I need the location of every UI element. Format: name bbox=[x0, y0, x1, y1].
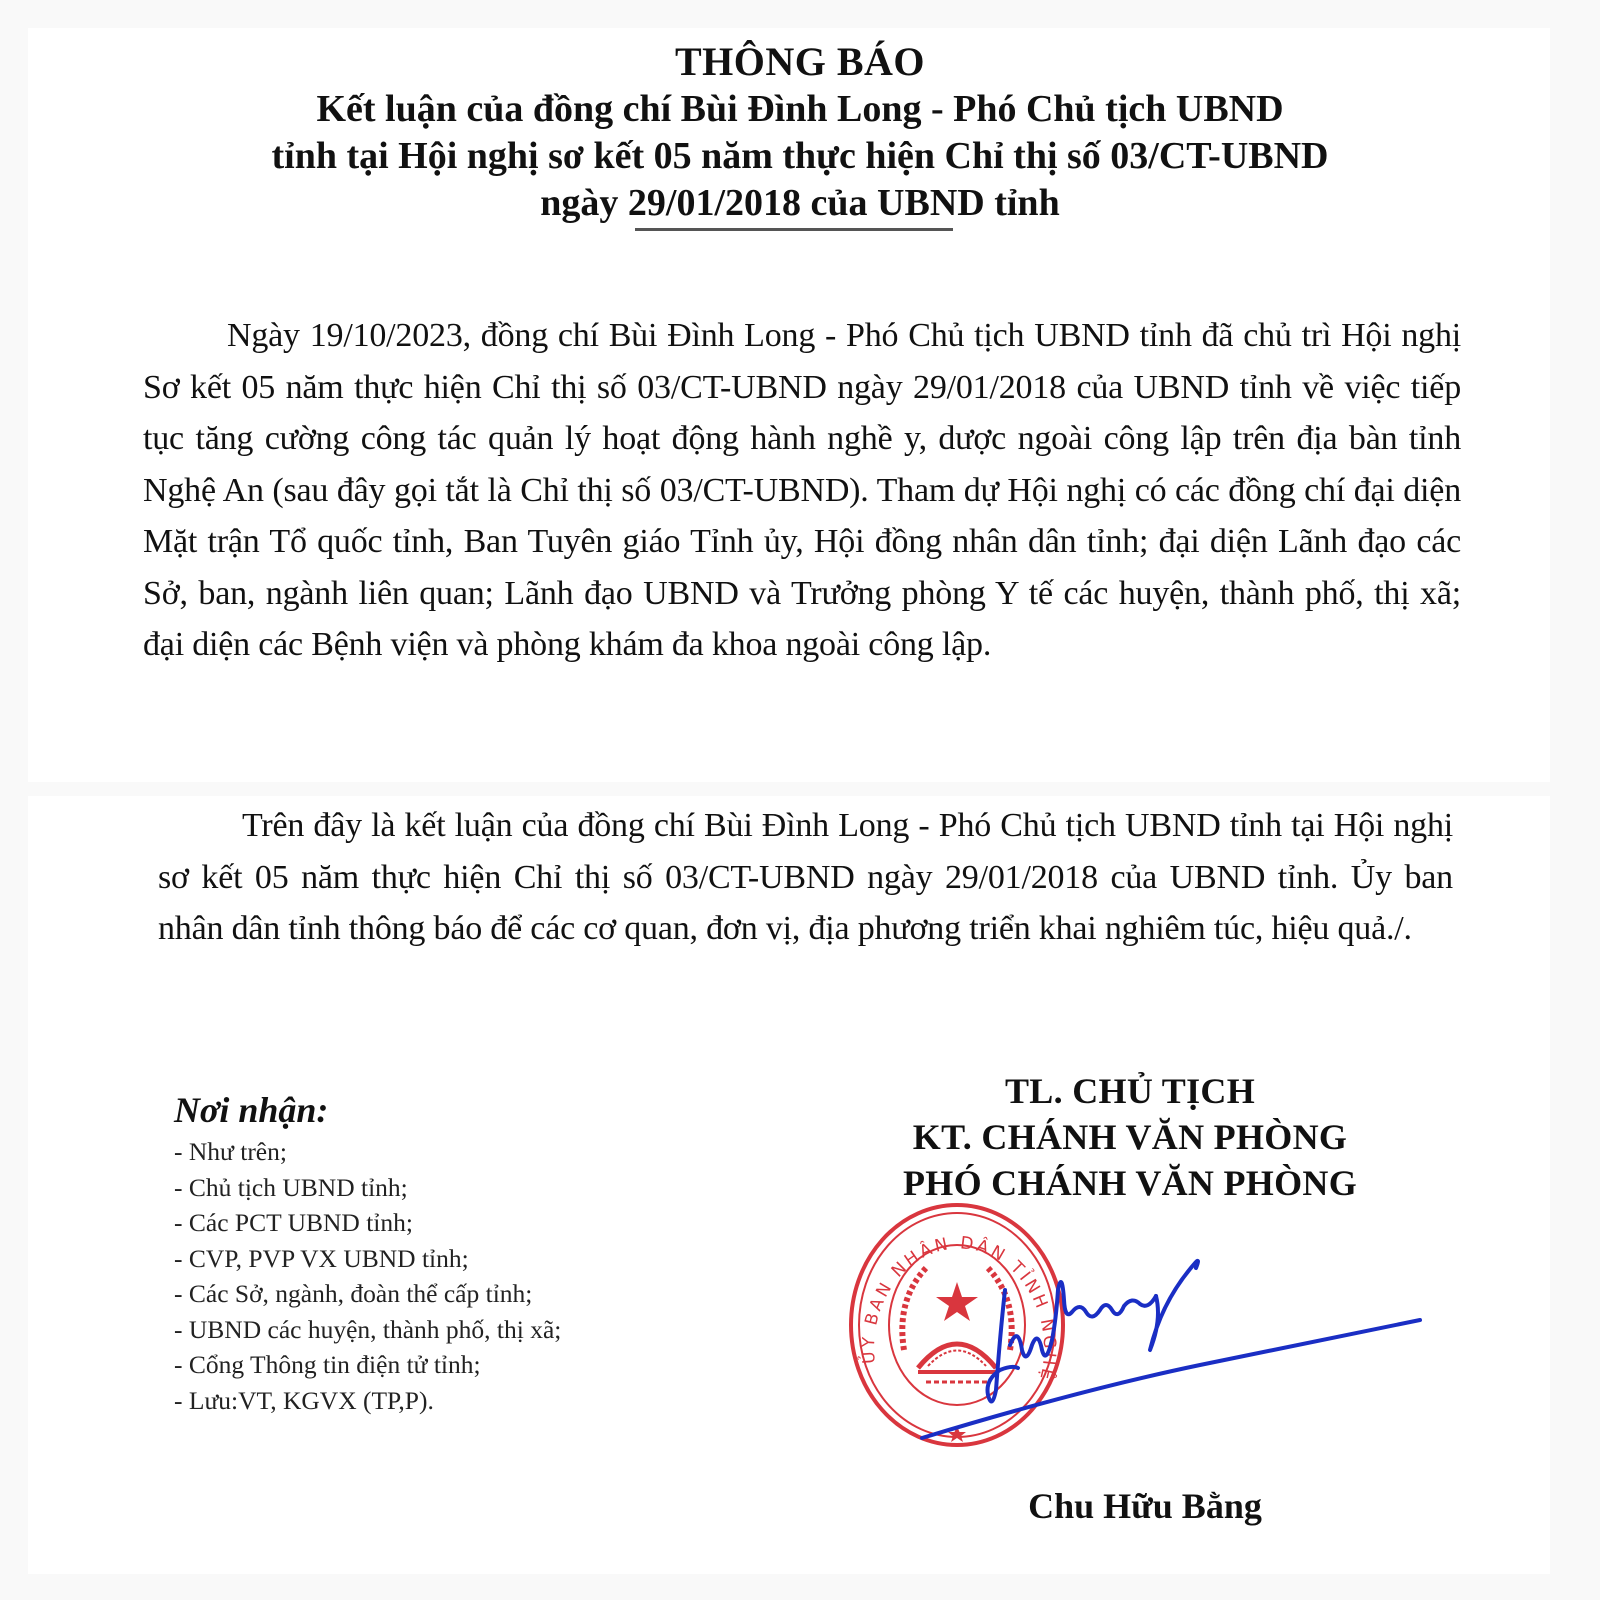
document-title: THÔNG BÁO bbox=[0, 38, 1600, 86]
signature-title-block: TL. CHỦ TỊCH KT. CHÁNH VĂN PHÒNG PHÓ CHÁ… bbox=[820, 1068, 1440, 1206]
recipient-item: - Các Sở, ngành, đoàn thể cấp tỉnh; bbox=[174, 1276, 694, 1312]
recipient-item: - UBND các huyện, thành phố, thị xã; bbox=[174, 1312, 694, 1348]
signature-title-line-2: KT. CHÁNH VĂN PHÒNG bbox=[820, 1114, 1440, 1160]
recipient-item: - Chủ tịch UBND tỉnh; bbox=[174, 1170, 694, 1206]
recipient-item: - Cổng Thông tin điện tử tỉnh; bbox=[174, 1347, 694, 1383]
recipients-heading: Nơi nhận: bbox=[174, 1088, 694, 1132]
body-paragraph-intro: Ngày 19/10/2023, đồng chí Bùi Đình Long … bbox=[143, 310, 1461, 671]
handwritten-signature-icon bbox=[900, 1240, 1460, 1470]
document-header: THÔNG BÁO Kết luận của đồng chí Bùi Đình… bbox=[0, 38, 1600, 227]
signature-title-line-1: TL. CHỦ TỊCH bbox=[820, 1068, 1440, 1114]
recipient-item: - Các PCT UBND tỉnh; bbox=[174, 1205, 694, 1241]
recipients-block: Nơi nhận: - Như trên; - Chủ tịch UBND tỉ… bbox=[174, 1088, 694, 1418]
title-underline-divider bbox=[635, 228, 953, 231]
recipient-item: - CVP, PVP VX UBND tỉnh; bbox=[174, 1241, 694, 1277]
recipient-item: - Lưu:VT, KGVX (TP,P). bbox=[174, 1383, 694, 1419]
document-subtitle-line-3: ngày 29/01/2018 của UBND tỉnh bbox=[0, 180, 1600, 227]
signer-name: Chu Hữu Bằng bbox=[820, 1484, 1440, 1528]
body-paragraph-conclusion: Trên đây là kết luận của đồng chí Bùi Đì… bbox=[158, 800, 1453, 955]
document-subtitle-line-1: Kết luận của đồng chí Bùi Đình Long - Ph… bbox=[0, 86, 1600, 133]
recipient-item: - Như trên; bbox=[174, 1134, 694, 1170]
document-subtitle-line-2: tỉnh tại Hội nghị sơ kết 05 năm thực hiệ… bbox=[0, 133, 1600, 180]
